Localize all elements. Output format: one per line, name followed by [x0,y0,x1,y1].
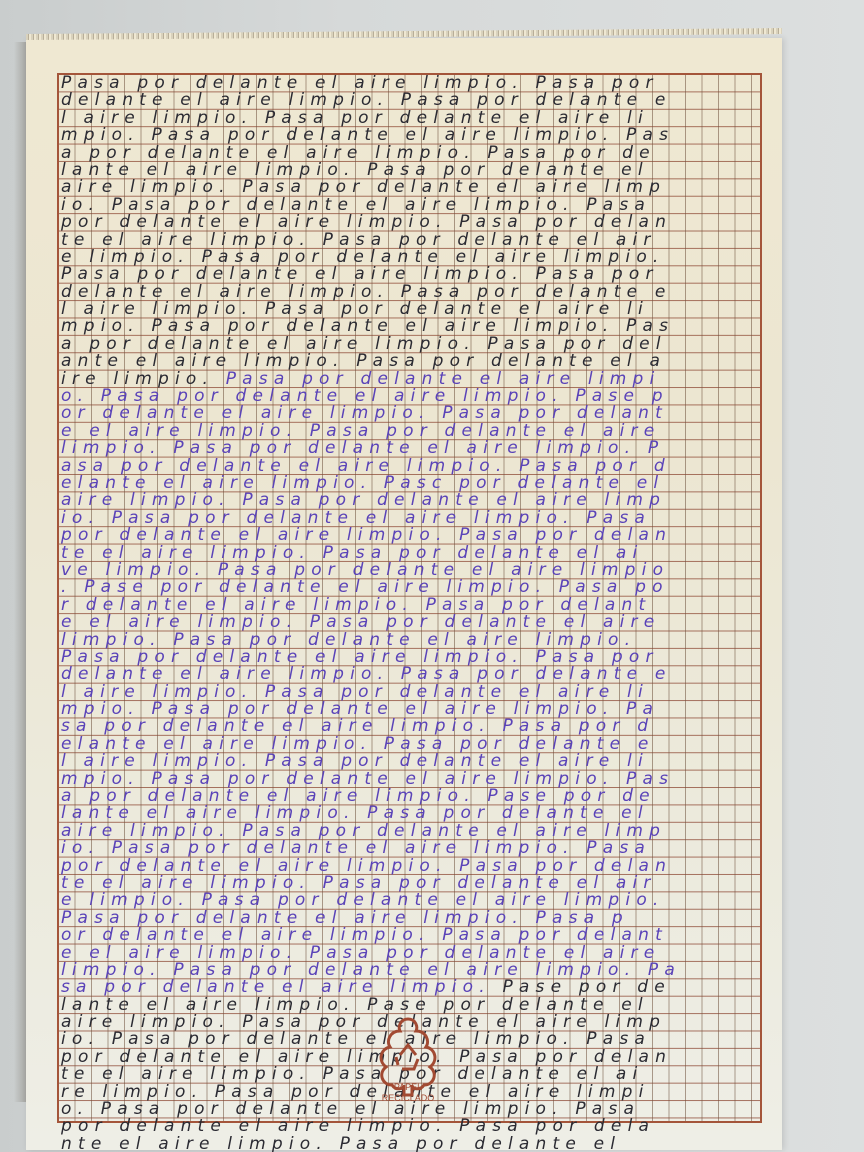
handwritten-segment: a por delante el aire limpio. Pasa por d… [61,336,667,353]
handwritten-line: Pasa por delante el aire limpio. Pasa po… [61,75,761,92]
handwritten-line: mpio. Pasa por delante el aire limpio. P… [61,127,761,144]
handwritten-segment: por delante el aire limpio. Pasa por del… [61,1049,672,1066]
handwritten-line: l aire limpio. Pasa por delante el aire … [61,301,761,318]
handwritten-line: nte el aire limpio. Pasa por delante el [61,1136,761,1152]
handwritten-line: limpio. Pasa por delante el aire limpio.… [61,440,761,457]
handwritten-line: or delante el aire limpio. Pasa por dela… [61,927,761,944]
handwritten-segment: or delante el aire limpio. Pasa por dela… [61,405,668,422]
handwritten-line: te el aire limpio. Pasa por delante el a… [61,545,761,562]
handwritten-segment: mpio. Pasa por delante el aire limpio. P… [61,701,659,718]
handwritten-line: lante el aire limpio. Pasa por delante e… [61,162,761,179]
handwritten-segment: ve limpio. Pasa por delante el aire limp… [61,562,669,579]
handwritten-segment: delante el aire limpio. Pasa por delante… [61,666,672,683]
handwritten-line: elante el aire limpio. Pasa por delante … [61,736,761,753]
handwritten-line: te el aire limpio. Pasa por delante el a… [61,875,761,892]
handwritten-segment: e el aire limpio. Pasa por delante el ai… [61,614,660,631]
handwritten-segment: elante el aire limpio. Pasc por delante … [61,475,664,492]
handwritten-segment: te el aire limpio. Pasa por delante el a… [61,875,657,892]
handwritten-line: mpio. Pasa por delante el aire limpio. P… [61,771,761,788]
handwritten-segment: mpio. Pasa por delante el aire limpio. P… [61,318,674,335]
handwritten-segment: aire limpio. Pasa por delante el aire li… [61,1014,666,1031]
handwritten-line: Pasa por delante el aire limpio. Pasa po… [61,266,761,283]
handwritten-segment: delante el aire limpio. Pasa por delante… [61,284,672,301]
handwritten-line: sa por delante el aire limpio. Pase por … [61,979,761,996]
handwritten-line: . Pase por delante el aire limpio. Pasa … [61,579,761,596]
handwritten-segment: lante el aire limpio. Pase por delante e… [61,997,649,1014]
handwritten-line: l aire limpio. Pasa por delante el aire … [61,110,761,127]
handwritten-line: ante el aire limpio. Pasa por delante el… [61,353,761,370]
handwritten-line: l aire limpio. Pasa por delante el aire … [61,684,761,701]
handwritten-segment: e el aire limpio. Pasa por delante el ai… [61,945,660,962]
handwritten-segment: r delante el aire limpio. Pasa por delan… [61,597,651,614]
logo-label-line2: RECICLADO [366,1093,450,1104]
handwritten-segment: . Pase por delante el aire limpio. Pasa … [61,579,669,596]
handwritten-line: por delante el aire limpio. Pasa por del… [61,214,761,231]
handwritten-line: mpio. Pasa por delante el aire limpio. P… [61,318,761,335]
handwritten-line: delante el aire limpio. Pasa por delante… [61,92,761,109]
handwritten-segment: limpio. Pasa por delante el aire limpio. [61,632,636,649]
handwritten-line: por delante el aire limpio. Pasa por del… [61,1049,761,1066]
handwritten-segment: io. Pasa por delante el aire limpio. Pas… [61,510,651,527]
handwritten-line: a por delante el aire limpio. Pase por d… [61,788,761,805]
handwritten-line: io. Pasa por delante el aire limpio. Pas… [61,197,761,214]
handwritten-segment: por delante el aire limpio. Pasa por del… [61,527,672,544]
handwritten-line: aire limpio. Pasa por delante el aire li… [61,179,761,196]
handwritten-segment: te el aire limpio. Pasa por delante el a… [61,232,657,249]
handwritten-line: limpio. Pasa por delante el aire limpio. [61,632,761,649]
handwritten-segment: lante el aire limpio. Pasa por delante e… [61,162,649,179]
handwritten-segment: por delante el aire limpio. Pasa por del… [61,214,672,231]
perforated-edge [26,28,782,40]
logo-label-line1: PAPEL [366,1082,450,1093]
handwritten-line: sa por delante el aire limpio. Pasa por … [61,718,761,735]
handwritten-segment: l aire limpio. Pasa por delante el aire … [61,301,649,318]
handwritten-segment: lante el aire limpio. Pasa por delante e… [61,805,649,822]
handwritten-segment: io. Pasa por delante el aire limpio. Pas… [61,197,651,214]
handwritten-segment: Pasa por delante el aire limpio. Pasa po… [61,649,659,666]
handwritten-segment: delante el aire limpio. Pasa por delante… [61,92,672,109]
handwritten-segment: e limpio. Pasa por delante el aire limpi… [61,249,665,266]
handwritten-line: a por delante el aire limpio. Pasa por d… [61,336,761,353]
handwritten-line: limpio. Pasa por delante el aire limpio.… [61,962,761,979]
handwritten-segment: l aire limpio. Pasa por delante el aire … [61,684,649,701]
handwritten-line: aire limpio. Pasa por delante el aire li… [61,823,761,840]
handwritten-line: aire limpio. Pasa por delante el aire li… [61,492,761,509]
handwritten-line: delante el aire limpio. Pasa por delante… [61,666,761,683]
handwritten-segment: l aire limpio. Pasa por delante el aire … [61,753,649,770]
handwritten-segment: re limpio. Pasa por delante el aire limp… [61,1084,650,1101]
handwritten-line: mpio. Pasa por delante el aire limpio. P… [61,701,761,718]
handwritten-segment: limpio. Pasa por delante el aire limpio.… [61,962,681,979]
handwritten-segment: asa por delante el aire limpio. Pasa por… [61,458,671,475]
handwritten-line: e limpio. Pasa por delante el aire limpi… [61,249,761,266]
handwritten-line: e el aire limpio. Pasa por delante el ai… [61,423,761,440]
handwritten-segment: mpio. Pasa por delante el aire limpio. P… [61,771,674,788]
handwritten-segment: sa por delante el aire limpio. [61,979,502,996]
handwritten-line: io. Pasa por delante el aire limpio. Pas… [61,1031,761,1048]
handwritten-segment: te el aire limpio. Pasa por delante el a… [61,545,643,562]
handwritten-line: Pasa por delante el aire limpio. Pasa p [61,910,761,927]
handwritten-segment: aire limpio. Pasa por delante el aire li… [61,492,666,509]
handwritten-line: ire limpio. Pasa por delante el aire lim… [61,371,761,388]
handwritten-line: or delante el aire limpio. Pasa por dela… [61,405,761,422]
handwritten-line: por delante el aire limpio. Pasa por del… [61,1118,761,1135]
handwritten-segment: Pasa por delante el aire limpio. Pasa po… [61,75,659,92]
handwritten-line: e el aire limpio. Pasa por delante el ai… [61,945,761,962]
handwritten-text: Pasa por delante el aire limpio. Pasa po… [61,75,761,1152]
handwritten-segment: Pasa por delante el aire limpio. Pasa po… [61,266,659,283]
handwritten-line: Pasa por delante el aire limpio. Pasa po… [61,649,761,666]
handwritten-segment: por delante el aire limpio. Pasa por del… [61,1118,655,1135]
handwritten-segment: te el aire limpio. Pasa por delante el a… [61,1066,643,1083]
handwritten-segment: o. Pasa por delante el aire limpio. Pasa [61,1101,640,1118]
handwritten-segment: a por delante el aire limpio. Pasa por d… [61,145,656,162]
handwritten-segment: e limpio. Pasa por delante el aire limpi… [61,892,665,909]
handwritten-segment: limpio. Pasa por delante el aire limpio.… [61,440,664,457]
handwritten-segment: por delante el aire limpio. Pasa por del… [61,858,672,875]
handwritten-line: aire limpio. Pasa por delante el aire li… [61,1014,761,1031]
handwritten-line: io. Pasa por delante el aire limpio. Pas… [61,840,761,857]
handwritten-segment: a por delante el aire limpio. Pase por d… [61,788,656,805]
handwritten-segment: Pase por de [502,979,670,996]
handwritten-segment: sa por delante el aire limpio. Pasa por … [61,718,654,735]
handwritten-segment: nte el aire limpio. Pasa por delante el [61,1136,621,1152]
handwritten-line: lante el aire limpio. Pasa por delante e… [61,805,761,822]
handwritten-line: io. Pasa por delante el aire limpio. Pas… [61,510,761,527]
handwritten-segment: Pasa por delante el aire limpio. Pasa p [61,910,629,927]
handwritten-segment: mpio. Pasa por delante el aire limpio. P… [61,127,674,144]
handwritten-line: ve limpio. Pasa por delante el aire limp… [61,562,761,579]
handwritten-line: asa por delante el aire limpio. Pasa por… [61,458,761,475]
handwritten-line: e el aire limpio. Pasa por delante el ai… [61,614,761,631]
handwritten-line: elante el aire limpio. Pasc por delante … [61,475,761,492]
handwritten-segment: ire limpio. [61,371,226,388]
handwritten-segment: ante el aire limpio. Pasa por delante el… [61,353,666,370]
handwritten-line: a por delante el aire limpio. Pasa por d… [61,145,761,162]
handwritten-line: r delante el aire limpio. Pasa por delan… [61,597,761,614]
handwritten-line: delante el aire limpio. Pasa por delante… [61,284,761,301]
handwritten-line: e limpio. Pasa por delante el aire limpi… [61,892,761,909]
handwritten-segment: aire limpio. Pasa por delante el aire li… [61,179,666,196]
handwritten-segment: o. Pasa por delante el aire limpio. Pase… [61,388,669,405]
handwritten-segment: Pasa por delante el aire limpi [226,371,661,388]
handwritten-segment: elante el aire limpio. Pasa por delante … [61,736,655,753]
handwritten-segment: io. Pasa por delante el aire limpio. Pas… [61,1031,651,1048]
handwritten-line: l aire limpio. Pasa por delante el aire … [61,753,761,770]
handwritten-line: lante el aire limpio. Pase por delante e… [61,997,761,1014]
handwritten-line: te el aire limpio. Pasa por delante el a… [61,232,761,249]
handwritten-segment: or delante el aire limpio. Pasa por dela… [61,927,668,944]
recycled-paper-label: PAPEL RECICLADO [366,1082,450,1104]
handwritten-segment: aire limpio. Pasa por delante el aire li… [61,823,666,840]
handwritten-line: por delante el aire limpio. Pasa por del… [61,527,761,544]
handwritten-segment: e el aire limpio. Pasa por delante el ai… [61,423,660,440]
handwritten-segment: l aire limpio. Pasa por delante el aire … [61,110,649,127]
handwritten-line: o. Pasa por delante el aire limpio. Pase… [61,388,761,405]
handwritten-segment: io. Pasa por delante el aire limpio. Pas… [61,840,651,857]
handwritten-line: por delante el aire limpio. Pasa por del… [61,858,761,875]
